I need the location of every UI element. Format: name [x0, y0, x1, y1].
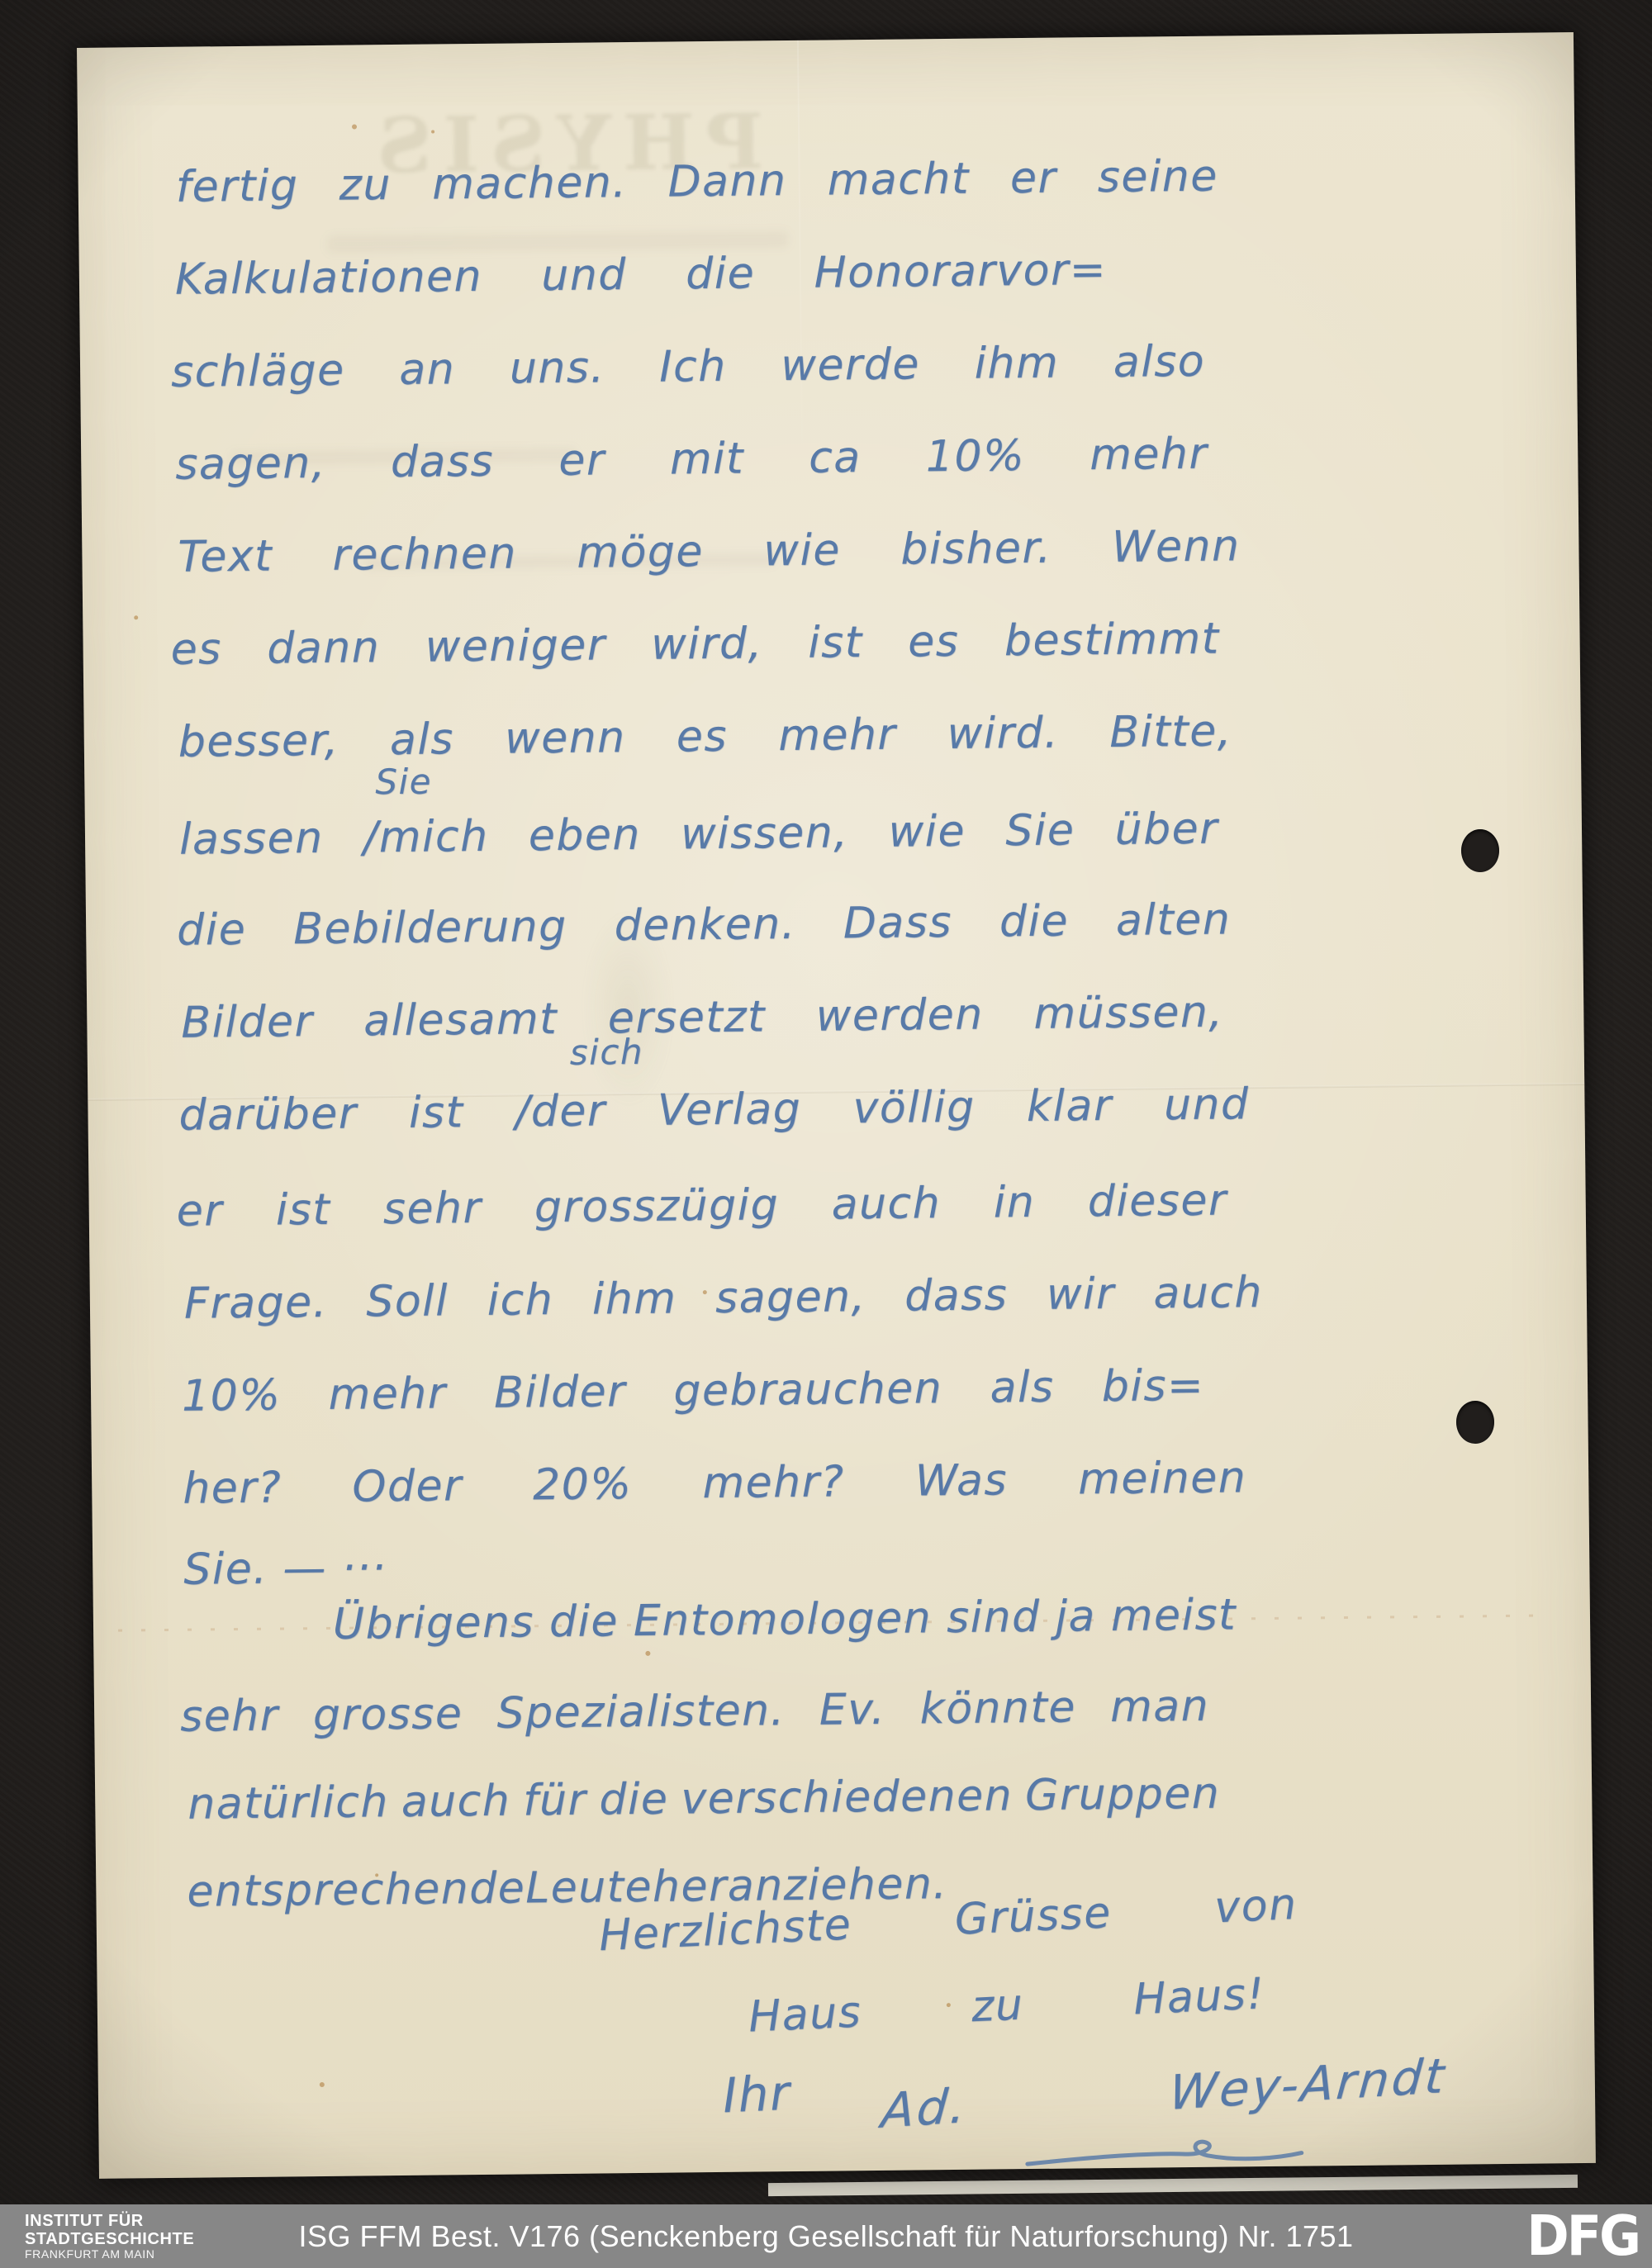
handwritten-line: sich — [570, 1032, 644, 1073]
handwritten-line: ÜbrigensdieEntomologensindjameist — [333, 1590, 1237, 1649]
handwritten-line: Ihr — [721, 2065, 791, 2124]
institution-line: STADTGESCHICHTE — [25, 2230, 194, 2248]
archive-reference: ISG FFM Best. V176 (Senckenberg Gesellsc… — [298, 2219, 1353, 2254]
punch-hole — [1456, 1401, 1494, 1444]
handwritten-line: eristsehrgrosszügigauchindieser — [176, 1175, 1227, 1236]
handwritten-line: dieBebilderungdenken.Dassdiealten — [177, 894, 1232, 955]
handwritten-line: Frage.Sollichihmsagen,dasswirauch — [184, 1268, 1264, 1329]
dfg-logo: DFG — [1526, 2203, 1639, 2268]
handwritten-line: Sie — [375, 762, 432, 803]
handwritten-line: Sie. — ··· — [183, 1543, 387, 1595]
handwritten-line: Textrechnenmögewiebisher.Wenn — [178, 521, 1241, 581]
handwritten-line: fertigzumachen.Dannmachterseine — [175, 152, 1218, 212]
handwritten-line: esdannwenigerwird,istesbestimmt — [170, 614, 1220, 675]
archive-footer-bar: INSTITUT FÜR STADTGESCHICHTE FRANKFURT A… — [0, 2204, 1652, 2268]
letter-page: PHYSIS fertigzumachen.Dannmachtersein — [77, 32, 1596, 2179]
foxing-spot — [134, 615, 138, 619]
handwritten-line: sehrgrosseSpezialisten.Ev.könnteman — [180, 1682, 1210, 1742]
handwritten-line: besser,alswennesmehrwird.Bitte, — [178, 706, 1232, 766]
handwritten-line: KalkulationenunddieHonorarvor= — [175, 245, 1108, 305]
handwritten-line: 10%mehrBildergebrauchenalsbis= — [182, 1361, 1205, 1421]
handwritten-line: her?Oder20%mehr?Wasmeinen — [183, 1453, 1247, 1513]
signature: Ad.Wey-Arndt — [880, 2047, 1449, 2139]
punch-hole — [1461, 829, 1499, 872]
institution-line: FRANKFURT AM MAIN — [25, 2248, 194, 2261]
handwritten-line: darüberist/derVerlagvölligklarund — [178, 1079, 1250, 1141]
handwritten-line: natürlichauchfürdieverschiedenenGruppen — [188, 1769, 1221, 1829]
foxing-spot — [320, 2082, 325, 2087]
handwritten-line: lassen/michebenwissen,wieSieüber — [179, 804, 1219, 865]
letter-page-content: PHYSIS fertigzumachen.Dannmachtersein — [77, 32, 1596, 2179]
handwritten-line: Bilderallesamtersetztwerdenmüssen, — [181, 988, 1224, 1048]
handwritten-line: HauszuHaus! — [748, 1969, 1266, 2042]
signature-flourish — [1024, 2133, 1305, 2176]
handwritten-line: schlägeanuns.Ichwerdeihmalso — [171, 337, 1206, 397]
archival-scan-viewport: PHYSIS fertigzumachen.Dannmachtersein — [0, 0, 1652, 2268]
foxing-spot — [352, 124, 357, 129]
handwritten-line: sagen,dassermitca10%mehr — [175, 429, 1208, 490]
foxing-spot — [645, 1651, 650, 1656]
institution-line: INSTITUT FÜR — [25, 2211, 194, 2229]
foxing-spot — [431, 130, 434, 133]
institution-logo: INSTITUT FÜR STADTGESCHICHTE FRANKFURT A… — [25, 2211, 194, 2261]
